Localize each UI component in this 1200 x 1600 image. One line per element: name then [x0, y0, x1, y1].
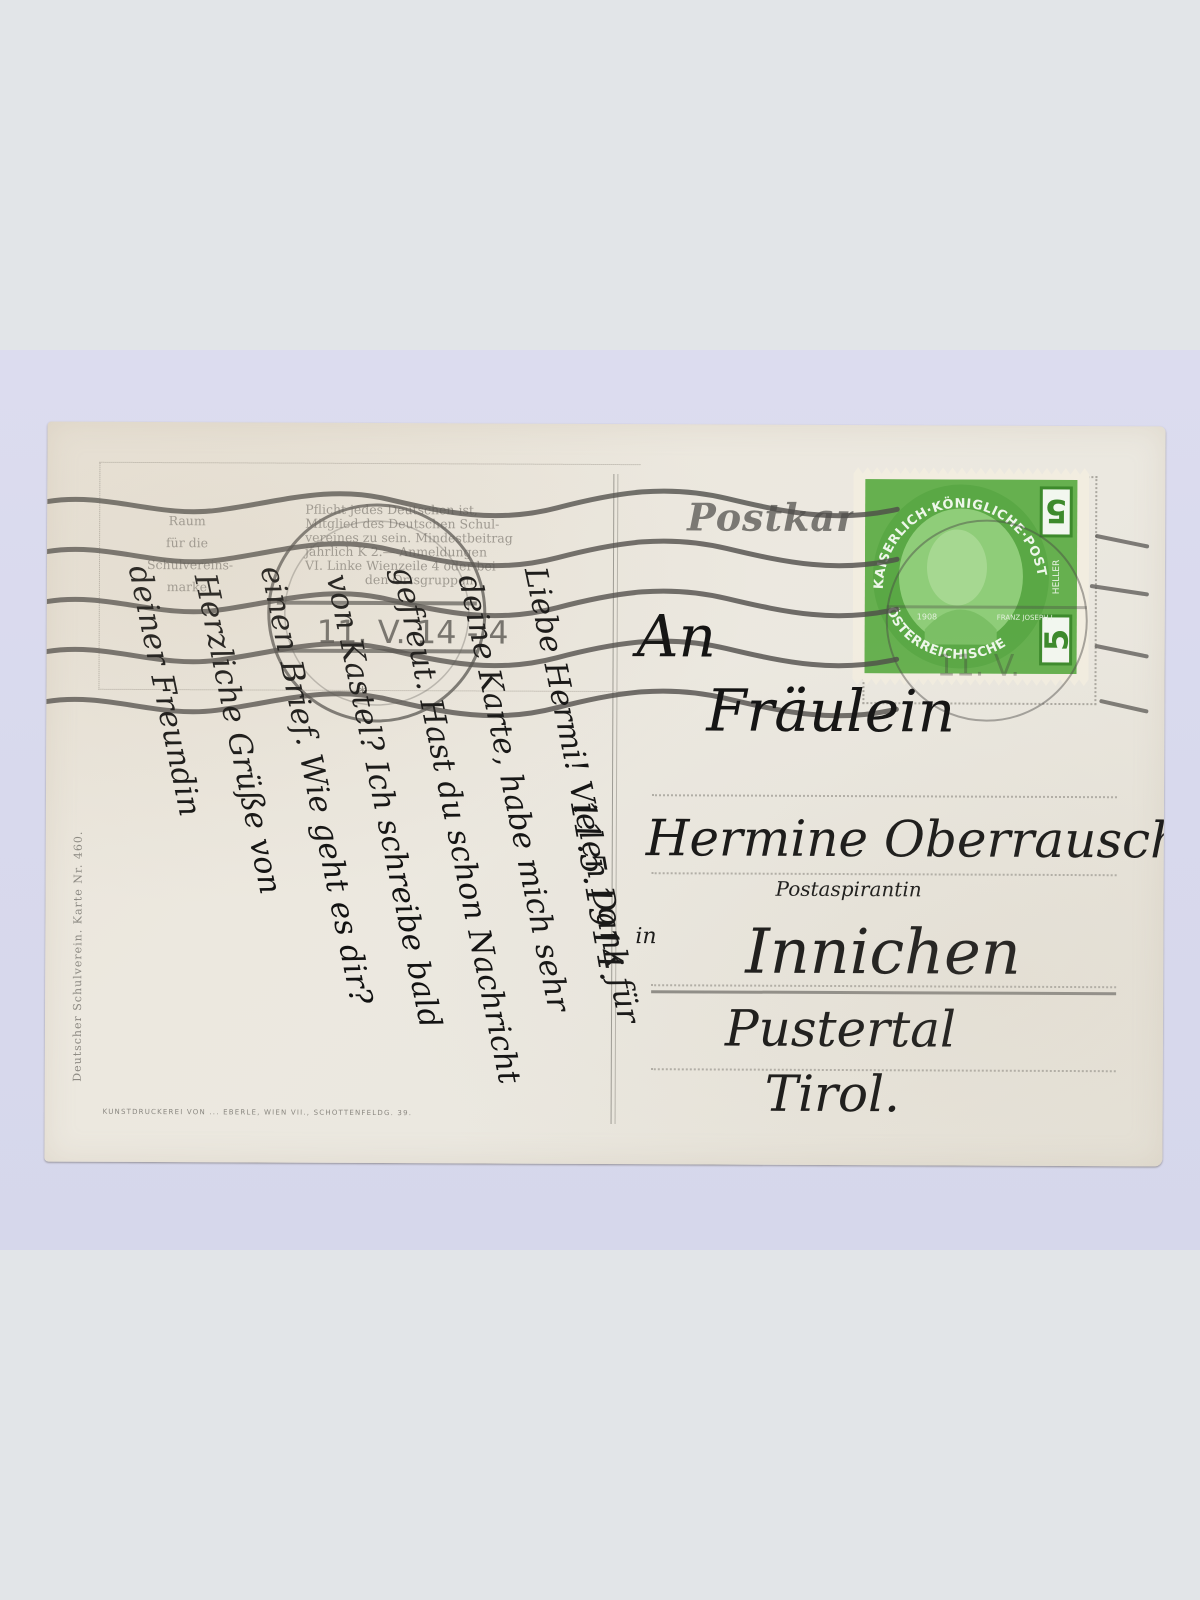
address-region: Pustertal [725, 1000, 956, 1059]
address-in: in [635, 924, 656, 949]
address-title: Postaspirantin [776, 877, 922, 902]
stamp-design-icon: 5 5 HELLER KAISERLICH·KÖNIGLICHE·POST ÖS… [865, 479, 1078, 674]
printer-line: KUNSTDRUCKEREI VON ... EBERLE, WIEN VII.… [103, 1108, 413, 1117]
publisher-text: Deutscher Schulverein. Karte Nr. 460. [71, 831, 85, 1082]
postcard: Raum für die Schulvereins- marke Pflicht… [44, 422, 1165, 1167]
svg-text:FRANZ JOSEPH I: FRANZ JOSEPH I [997, 614, 1053, 622]
address-name: Hermine Oberrauscher [646, 809, 1166, 870]
address-an: An [637, 602, 717, 670]
svg-text:1908: 1908 [917, 612, 937, 621]
address-line-1 [652, 794, 1117, 798]
svg-text:HELLER: HELLER [1052, 560, 1062, 594]
address-underline [651, 990, 1116, 995]
address-city: Innichen [745, 915, 1021, 989]
address-line-2 [652, 872, 1117, 876]
address-salutation: Fräulein [706, 676, 955, 745]
postage-stamp: 5 5 HELLER KAISERLICH·KÖNIGLICHE·POST ÖS… [852, 467, 1089, 686]
svg-text:5: 5 [1045, 492, 1067, 530]
svg-text:5: 5 [1038, 629, 1076, 651]
address-country: Tirol. [765, 1065, 900, 1124]
